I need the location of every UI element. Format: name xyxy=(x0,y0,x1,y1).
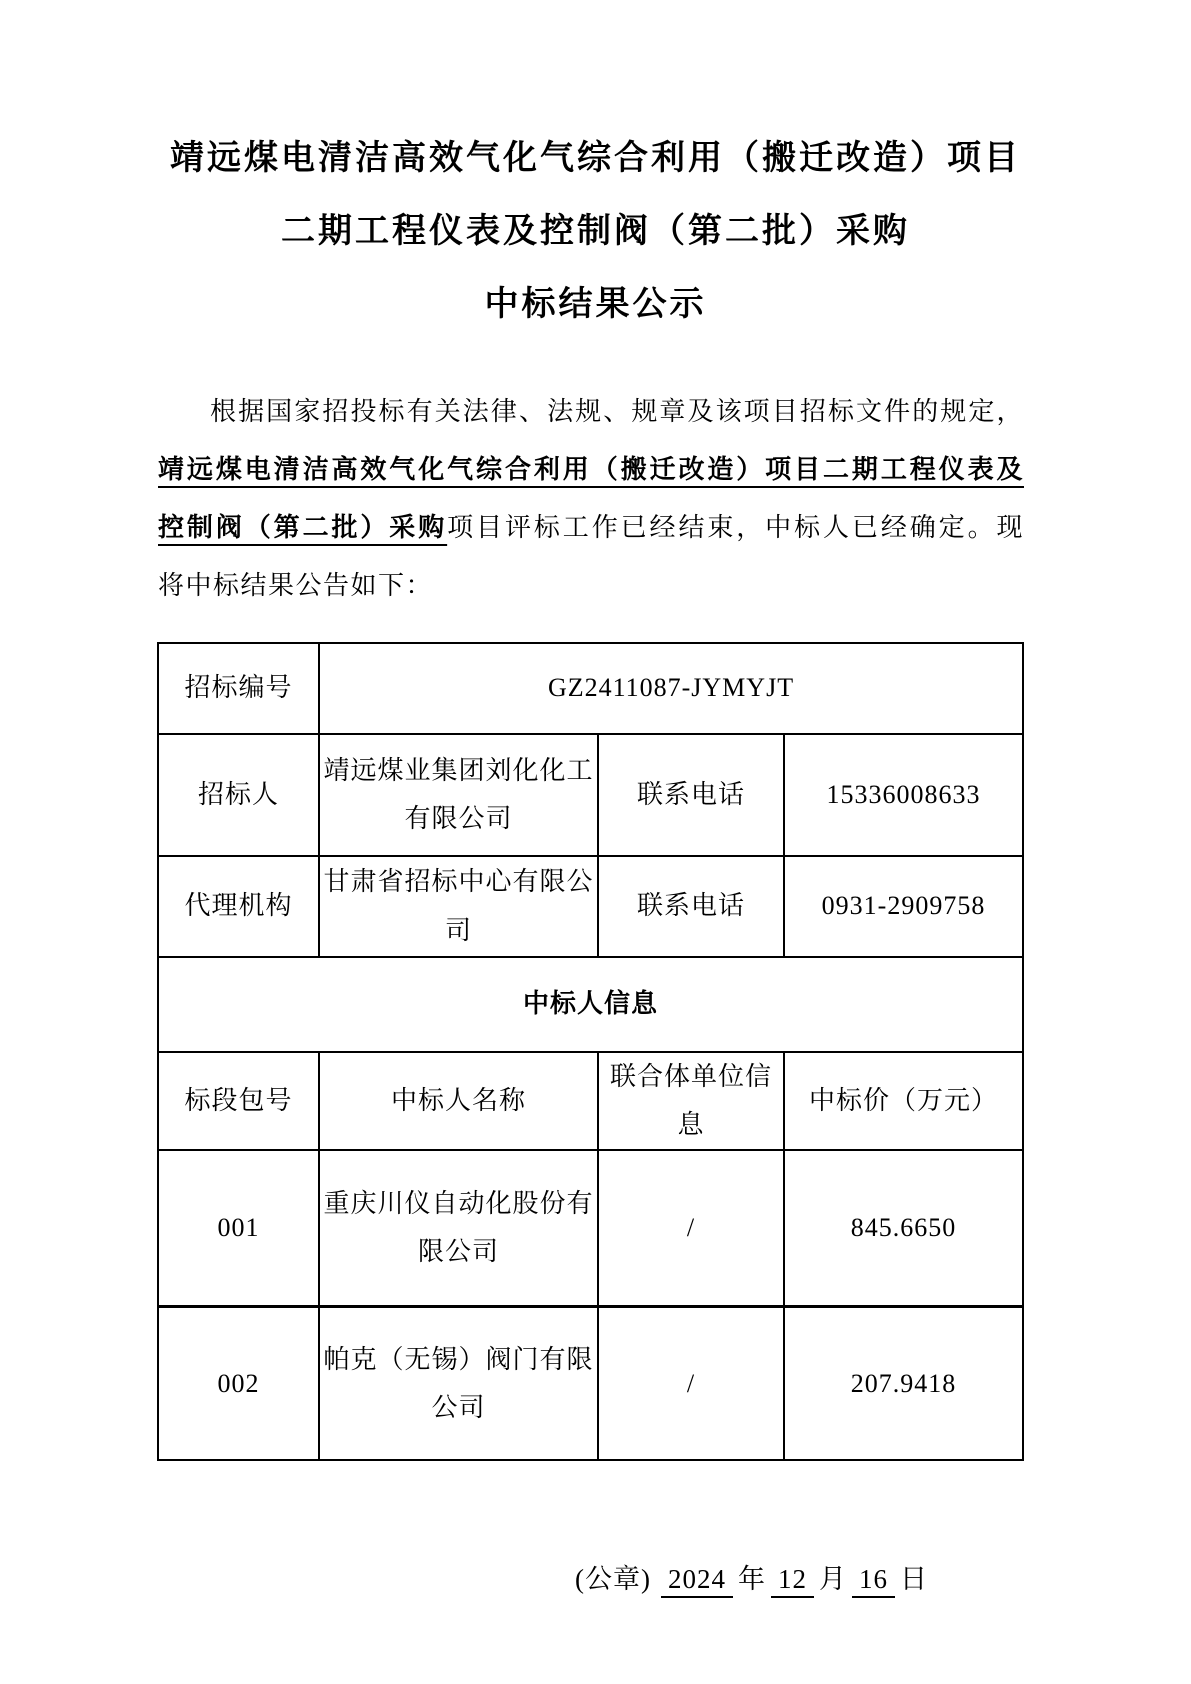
agency-name: 甘肃省招标中心有限公司 xyxy=(319,856,598,957)
tenderer-name: 靖远煤业集团刘化化工有限公司 xyxy=(319,734,598,856)
tenderer-phone-label: 联系电话 xyxy=(598,734,784,856)
column-header-price: 中标价（万元） xyxy=(784,1052,1023,1150)
paragraph-line-1: 根据国家招投标有关法律、法规、规章及该项目招标文件的规定， xyxy=(158,383,1024,441)
package-number: 001 xyxy=(158,1150,319,1307)
agency-label: 代理机构 xyxy=(158,856,319,957)
tenderer-label: 招标人 xyxy=(158,734,319,856)
package-number: 002 xyxy=(158,1307,319,1461)
bid-number-label: 招标编号 xyxy=(158,643,319,734)
project-name-bold-part-1: 靖远煤电清洁高效气化气综合利用（搬迁改造）项目二期工程仪表及 xyxy=(158,455,1024,484)
bid-number-value: GZ2411087-JYMYJT xyxy=(319,643,1023,734)
paragraph-line-4: 将中标结果公告如下： xyxy=(158,557,1024,615)
consortium-info: / xyxy=(598,1150,784,1307)
tenderer-row: 招标人 靖远煤业集团刘化化工有限公司 联系电话 15336008633 xyxy=(158,734,1023,856)
date-day-unit: 日 xyxy=(900,1564,928,1594)
consortium-info: / xyxy=(598,1307,784,1461)
intro-paragraph: 根据国家招投标有关法律、法规、规章及该项目招标文件的规定， 靖远煤电清洁高效气化… xyxy=(158,383,1024,615)
document-title: 靖远煤电清洁高效气化气综合利用（搬迁改造）项目 二期工程仪表及控制阀（第二批）采… xyxy=(0,0,1191,341)
title-line-1: 靖远煤电清洁高效气化气综合利用（搬迁改造）项目 xyxy=(0,122,1191,195)
winner-section-row: 中标人信息 xyxy=(158,957,1023,1052)
date-month-value: 12 xyxy=(771,1564,814,1598)
winner-name: 帕克（无锡）阀门有限公司 xyxy=(319,1307,598,1461)
winner-section-title: 中标人信息 xyxy=(158,957,1023,1052)
winner-row-001: 001 重庆川仪自动化股份有限公司 / 845.6650 xyxy=(158,1150,1023,1307)
date-month-unit: 月 xyxy=(819,1564,847,1594)
column-header-consortium: 联合体单位信息 xyxy=(598,1052,784,1150)
paragraph-line-2: 靖远煤电清洁高效气化气综合利用（搬迁改造）项目二期工程仪表及 xyxy=(158,441,1024,499)
agency-row: 代理机构 甘肃省招标中心有限公司 联系电话 0931-2909758 xyxy=(158,856,1023,957)
project-name-bold-part-2: 控制阀（第二批）采购 xyxy=(158,513,447,542)
paragraph-line-3: 控制阀（第二批）采购项目评标工作已经结束，中标人已经确定。现 xyxy=(158,499,1024,557)
title-line-3: 中标结果公示 xyxy=(0,268,1191,341)
tenderer-phone-value: 15336008633 xyxy=(784,734,1023,856)
title-line-2: 二期工程仪表及控制阀（第二批）采购 xyxy=(0,195,1191,268)
agency-phone-label: 联系电话 xyxy=(598,856,784,957)
winner-name: 重庆川仪自动化股份有限公司 xyxy=(319,1150,598,1307)
date-year-value: 2024 xyxy=(661,1564,733,1598)
column-header-winner-name: 中标人名称 xyxy=(319,1052,598,1150)
winner-row-002: 002 帕克（无锡）阀门有限公司 / 207.9418 xyxy=(158,1307,1023,1461)
winning-price: 207.9418 xyxy=(784,1307,1023,1461)
bid-number-row: 招标编号 GZ2411087-JYMYJT xyxy=(158,643,1023,734)
official-seal-placeholder: (公章) xyxy=(575,1564,651,1594)
column-header-package: 标段包号 xyxy=(158,1052,319,1150)
agency-phone-value: 0931-2909758 xyxy=(784,856,1023,957)
document-page: 靖远煤电清洁高效气化气综合利用（搬迁改造）项目 二期工程仪表及控制阀（第二批）采… xyxy=(0,0,1191,1684)
winner-header-row: 标段包号 中标人名称 联合体单位信息 中标价（万元） xyxy=(158,1052,1023,1150)
signature-date-line: (公章)2024年12月16日 xyxy=(0,1557,1191,1596)
date-day-value: 16 xyxy=(852,1564,895,1598)
paragraph-line-3-rest: 项目评标工作已经结束，中标人已经确定。现 xyxy=(447,513,1024,542)
date-year-unit: 年 xyxy=(738,1564,766,1594)
winning-price: 845.6650 xyxy=(784,1150,1023,1307)
bid-result-table: 招标编号 GZ2411087-JYMYJT 招标人 靖远煤业集团刘化化工有限公司… xyxy=(157,642,1024,1461)
